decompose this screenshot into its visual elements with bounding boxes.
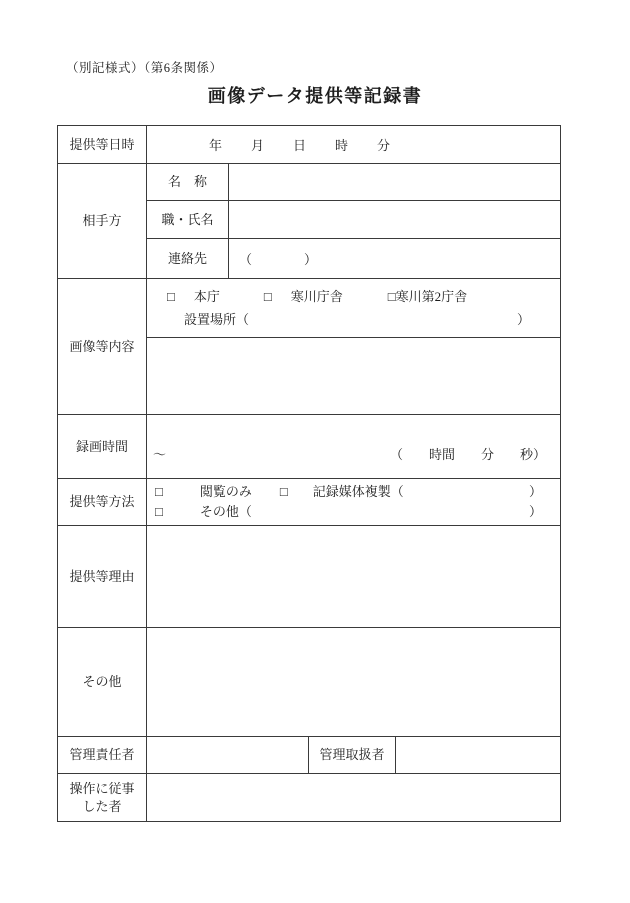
checkbox-option-samukawa-dai2-chosha[interactable]: □ 寒川第2庁舎: [343, 285, 467, 308]
other-field[interactable]: [147, 628, 561, 737]
record-form-table: 提供等日時 年 月 日 時 分 相手方 名 称 職・氏名 連絡先 （ ） 画像等…: [57, 125, 561, 822]
location-options: □ 本庁 □ 寒川庁舎 □ 寒川第2庁舎: [167, 285, 560, 308]
row-datetime: 提供等日時 年 月 日 時 分: [58, 126, 561, 164]
option-label: 寒川庁舎: [291, 285, 343, 308]
checkbox-icon[interactable]: □: [155, 502, 163, 522]
method-line2-close-paren: ）: [529, 502, 542, 522]
partner-name-field[interactable]: [229, 164, 561, 201]
form-page: （別記様式）（第6条関係） 画像データ提供等記録書 提供等日時 年 月 日 時 …: [0, 0, 630, 903]
recording-field[interactable]: ～ （ 時間 分 秒）: [147, 415, 561, 479]
handler-field[interactable]: [396, 737, 561, 774]
row-provision-method: 提供等方法 □ 閲覧のみ □ 記録媒体複製（ ） □ その他（: [58, 479, 561, 526]
row-partner-name: 相手方 名 称: [58, 164, 561, 201]
contact-parens-text: （ ）: [239, 252, 317, 267]
partner-contact-label: 連絡先: [147, 239, 229, 279]
checkbox-option-honcho[interactable]: □ 本庁: [167, 285, 220, 308]
operator-label-line1: 操作に従事: [58, 780, 146, 798]
operator-label: 操作に従事 した者: [58, 774, 147, 822]
checkbox-icon[interactable]: □: [155, 482, 163, 502]
row-managers: 管理責任者 管理取扱者: [58, 737, 561, 774]
row-content-location: 画像等内容 □ 本庁 □ 寒川庁舎 □ 寒川第2庁舎: [58, 279, 561, 338]
datetime-label: 提供等日時: [58, 126, 147, 164]
manager-label: 管理責任者: [58, 737, 147, 774]
method-line-2: □ その他（ ）: [155, 502, 542, 522]
recording-duration-text: （ 時間 分 秒）: [390, 444, 546, 463]
checkbox-option-samukawa-chosha[interactable]: □ 寒川庁舎: [220, 285, 343, 308]
checkbox-icon[interactable]: □: [264, 285, 272, 308]
recording-label: 録画時間: [58, 415, 147, 479]
reason-label: 提供等理由: [58, 526, 147, 628]
recording-fill-line: ～ （ 時間 分 秒）: [153, 444, 546, 463]
row-recording-time: 録画時間 ～ （ 時間 分 秒）: [58, 415, 561, 479]
operator-field[interactable]: [147, 774, 561, 822]
handler-label: 管理取扱者: [309, 737, 396, 774]
content-label: 画像等内容: [58, 279, 147, 415]
partner-label: 相手方: [58, 164, 147, 279]
location-fill-line[interactable]: 設置場所（ ）: [167, 308, 560, 331]
datetime-field[interactable]: 年 月 日 時 分: [147, 126, 561, 164]
partner-job-label: 職・氏名: [147, 201, 229, 239]
method-options-cell: □ 閲覧のみ □ 記録媒体複製（ ） □ その他（ ）: [147, 479, 561, 526]
method-line1-close-paren: ）: [529, 482, 542, 502]
partner-name-label: 名 称: [147, 164, 229, 201]
method-line-1: □ 閲覧のみ □ 記録媒体複製（ ）: [155, 482, 542, 502]
checkbox-icon[interactable]: □: [167, 285, 175, 308]
method-label: 提供等方法: [58, 479, 147, 526]
row-provision-reason: 提供等理由: [58, 526, 561, 628]
option-label: 寒川第2庁舎: [396, 285, 468, 308]
reason-field[interactable]: [147, 526, 561, 628]
checkbox-icon[interactable]: □: [280, 482, 288, 502]
location-close-paren: ）: [517, 308, 530, 331]
recording-tilde-text: ～: [153, 444, 166, 463]
content-detail-field[interactable]: [147, 338, 561, 415]
option-label: 本庁: [194, 285, 220, 308]
partner-contact-field[interactable]: （ ）: [229, 239, 561, 279]
page-title: 画像データ提供等記録書: [0, 82, 630, 108]
partner-job-field[interactable]: [229, 201, 561, 239]
other-label: その他: [58, 628, 147, 737]
location-prefix-text: 設置場所（: [184, 308, 249, 331]
operator-label-line2: した者: [58, 798, 146, 816]
datetime-template-text: 年 月 日 時 分: [209, 138, 391, 153]
manager-field[interactable]: [147, 737, 309, 774]
method-option-media-copy[interactable]: 記録媒体複製（: [313, 482, 404, 502]
content-location-cell: □ 本庁 □ 寒川庁舎 □ 寒川第2庁舎 設置場所（ ）: [147, 279, 561, 338]
checkbox-icon[interactable]: □: [388, 285, 396, 308]
row-other: その他: [58, 628, 561, 737]
method-option-view-only[interactable]: 閲覧のみ: [200, 482, 252, 502]
form-note: （別記様式）（第6条関係）: [66, 58, 223, 76]
row-operator: 操作に従事 した者: [58, 774, 561, 822]
method-option-other[interactable]: その他（: [200, 502, 252, 522]
